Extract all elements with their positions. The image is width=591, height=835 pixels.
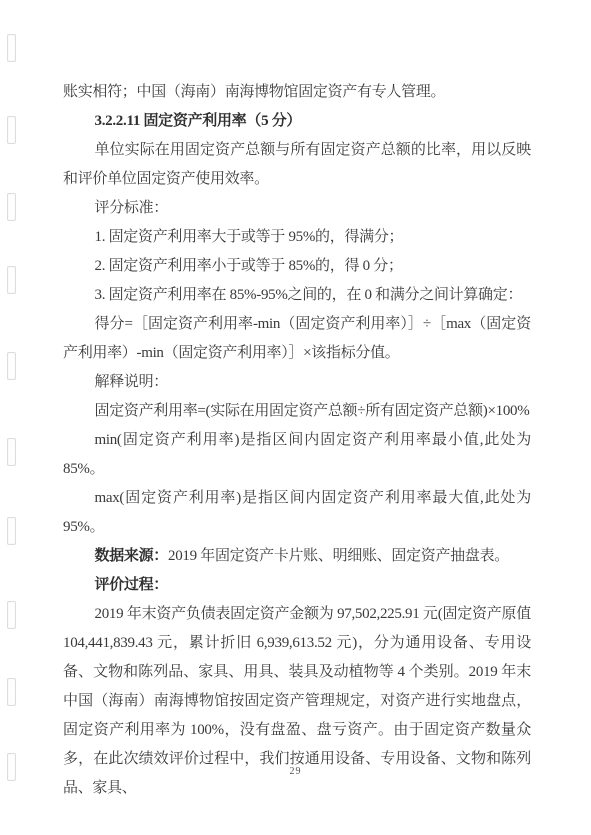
page-number: 29 — [0, 766, 591, 777]
binder-hole-artifact — [7, 193, 16, 221]
paragraph: 2. 固定资产利用率小于或等于 85%的，得 0 分； — [63, 252, 531, 281]
binder-hole-artifact — [7, 116, 16, 144]
document-page: 账实相符；中国（海南）南海博物馆固定资产有专人管理。3.2.2.11 固定资产利… — [0, 0, 591, 835]
paragraph: 3. 固定资产利用率在 85%-95%之间的，在 0 和满分之间计算确定： — [63, 281, 531, 310]
content-area: 账实相符；中国（海南）南海博物馆固定资产有专人管理。3.2.2.11 固定资产利… — [63, 78, 531, 803]
paragraph: 评分标准： — [63, 194, 531, 223]
paragraph: 固定资产利用率=(实际在用固定资产总额÷所有固定资产总额)×100% — [63, 397, 531, 426]
paragraph-lead-label: 数据来源： — [95, 548, 169, 564]
paragraph: 账实相符；中国（海南）南海博物馆固定资产有专人管理。 — [63, 78, 531, 107]
paragraph-lead-label: 评价过程： — [95, 577, 169, 593]
paragraph: max(固定资产利用率)是指区间内固定资产利用率最大值,此处为 95%。 — [63, 484, 531, 542]
section-heading: 3.2.2.11 固定资产利用率（5 分） — [63, 107, 531, 136]
binder-hole-artifact — [7, 601, 16, 629]
paragraph: min(固定资产利用率)是指区间内固定资产利用率最小值,此处为 85%。 — [63, 426, 531, 484]
left-edge-artifacts — [0, 0, 24, 835]
binder-hole-artifact — [7, 678, 16, 706]
binder-hole-artifact — [7, 438, 16, 466]
binder-hole-artifact — [7, 517, 16, 545]
paragraph: 得分=［固定资产利用率-min（固定资产利用率）］÷［max（固定资产利用率）-… — [63, 310, 531, 368]
binder-hole-artifact — [7, 266, 16, 294]
paragraph: 评价过程： — [63, 571, 531, 600]
paragraph: 1. 固定资产利用率大于或等于 95%的，得满分； — [63, 223, 531, 252]
binder-hole-artifact — [7, 34, 16, 62]
paragraph: 解释说明： — [63, 368, 531, 397]
binder-hole-artifact — [7, 352, 16, 380]
paragraph: 单位实际在用固定资产总额与所有固定资产总额的比率，用以反映和评价单位固定资产使用… — [63, 136, 531, 194]
paragraph: 数据来源：2019 年固定资产卡片账、明细账、固定资产抽盘表。 — [63, 542, 531, 571]
